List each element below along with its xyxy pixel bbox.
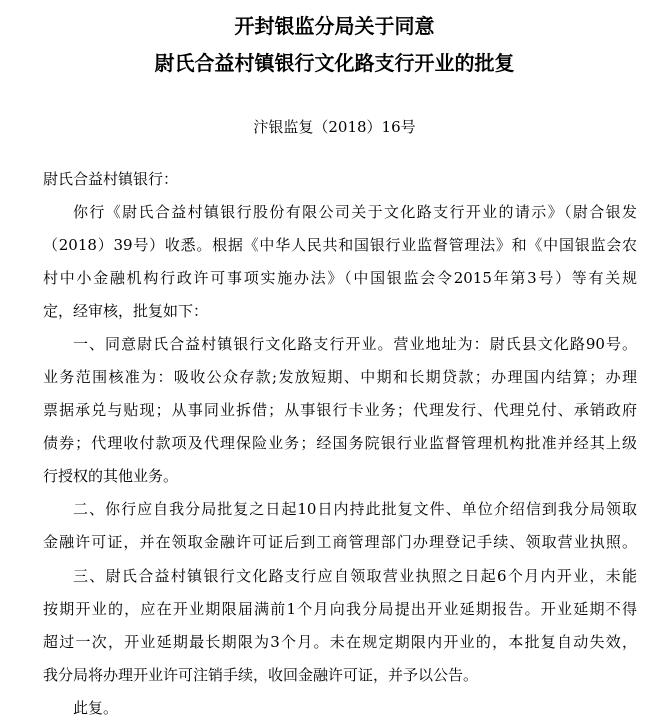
paragraph-intro-line-3: 村中小金融机构行政许可事项实施办法》（中国银监会令2015年第3号）等有关规 <box>43 268 637 288</box>
paragraph-intro-line-1: 你行《尉氏合益村镇银行股份有限公司关于文化路支行开业的请示》（尉合银发 <box>73 202 637 222</box>
document-title-line-1: 开封银监分局关于同意 <box>0 14 669 38</box>
item-3-line-2: 按期开业的，应在开业期限届满前1个月向我分局提出开业延期报告。开业延期不得 <box>43 599 637 619</box>
item-3-line-3: 超过一次，开业延期最长期限为3个月。未在规定期限内开业的，本批复自动失效， <box>43 632 637 652</box>
item-1-line-2: 业务范围核准为：吸收公众存款;发放短期、中期和长期贷款；办理国内结算；办理 <box>43 367 637 387</box>
item-1-line-1: 一、同意尉氏合益村镇银行文化路支行开业。营业地址为：尉氏县文化路90号。 <box>73 334 637 354</box>
closing-remark: 此复。 <box>73 698 637 718</box>
document-number: 汴银监复（2018）16号 <box>0 117 669 137</box>
item-2-line-1: 二、你行应自我分局批复之日起10日内持此批复文件、单位介绍信到我分局领取 <box>73 499 637 519</box>
item-1-line-4: 债券；代理收付款项及代理保险业务；经国务院银行业监督管理机构批准并经其上级 <box>43 433 637 453</box>
item-2-line-2: 金融许可证，并在领取金融许可证后到工商管理部门办理登记手续、领取营业执照。 <box>43 532 637 552</box>
item-1-line-3: 票据承兑与贴现；从事同业拆借；从事银行卡业务；代理发行、代理兑付、承销政府 <box>43 400 637 420</box>
paragraph-intro-line-4: 定，经审核，批复如下： <box>43 301 637 321</box>
salutation: 尉氏合益村镇银行： <box>43 169 637 189</box>
paragraph-intro-line-2: （2018）39号）收悉。根据《中华人民共和国银行业监督管理法》和《中国银监会农 <box>43 235 637 255</box>
item-1-line-5: 行授权的其他业务。 <box>43 466 637 486</box>
document-title-line-2: 尉氏合益村镇银行文化路支行开业的批复 <box>0 51 669 75</box>
item-3-line-4: 我分局将办理开业许可注销手续，收回金融许可证，并予以公告。 <box>43 665 637 685</box>
item-3-line-1: 三、尉氏合益村镇银行文化路支行应自领取营业执照之日起6个月内开业，未能 <box>73 566 637 586</box>
